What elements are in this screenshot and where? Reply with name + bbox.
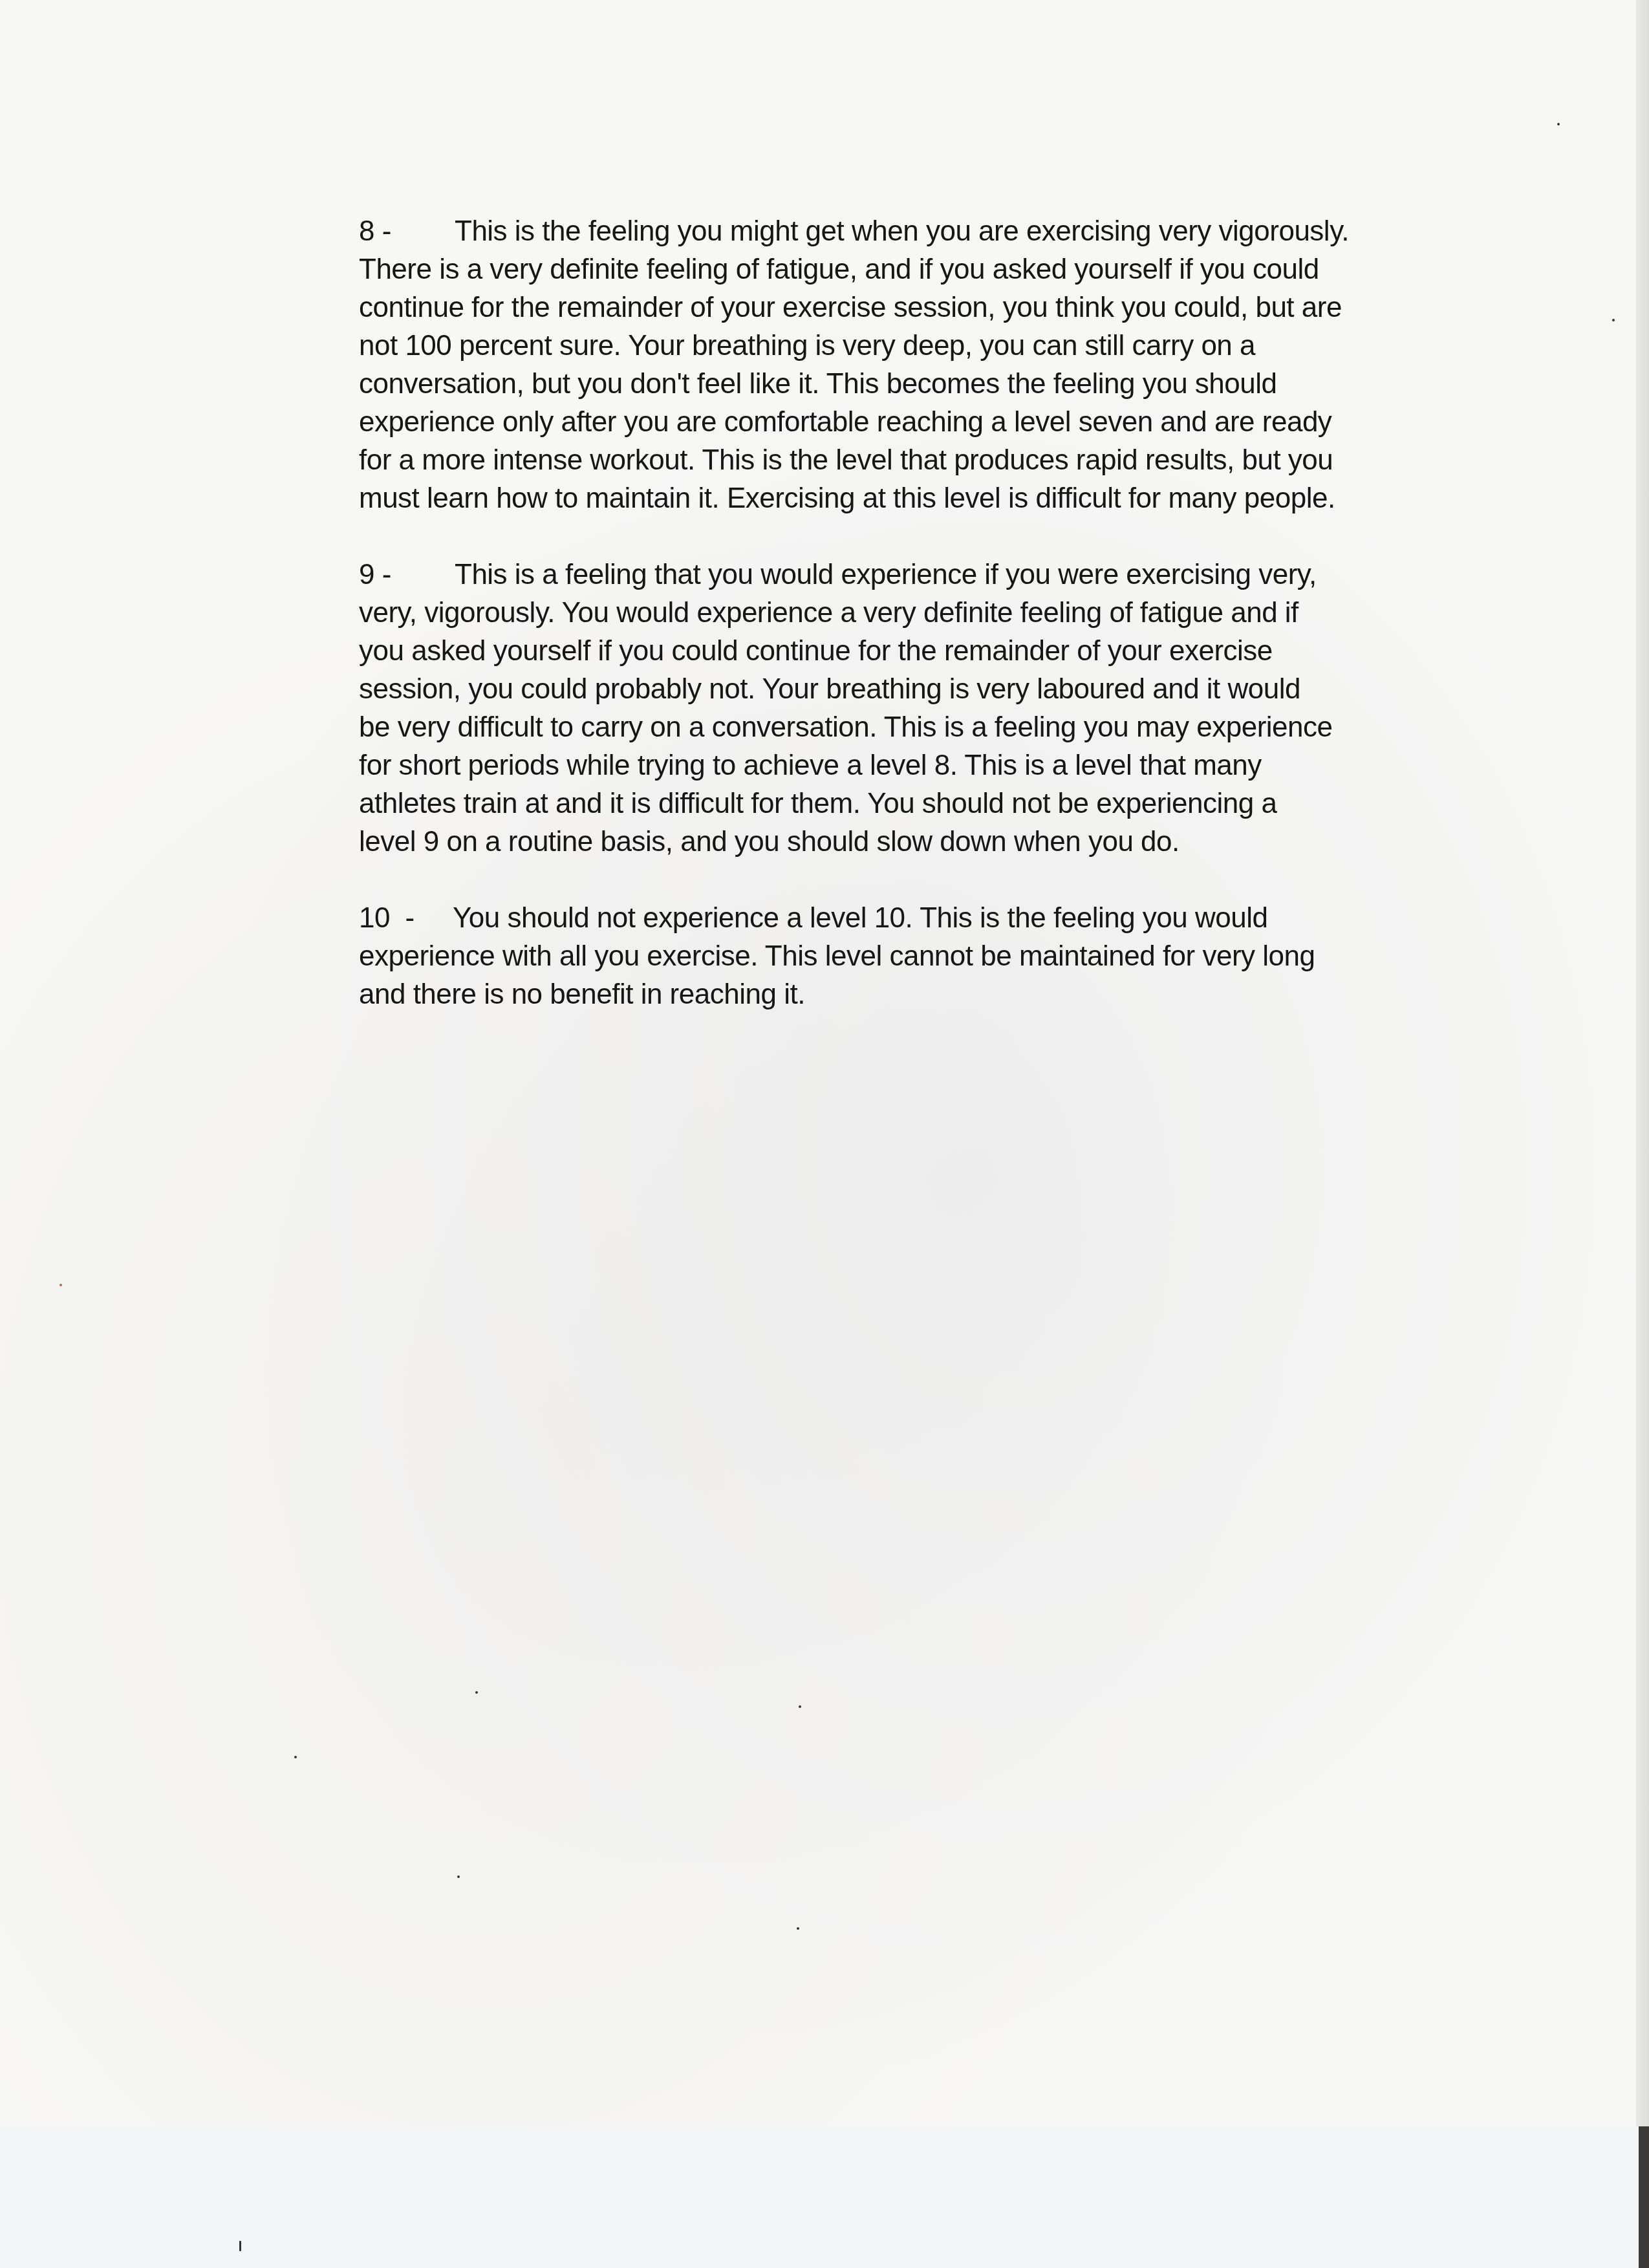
scan-speck: [799, 1705, 801, 1708]
text-line: session, you could probably not. Your br…: [359, 670, 1516, 708]
text-line: and there is no benefit in reaching it.: [359, 975, 1516, 1013]
scan-speck: [239, 2241, 241, 2251]
scanner-bed-area: [0, 2126, 1649, 2268]
text-line: be very difficult to carry on a conversa…: [359, 708, 1516, 746]
text-line: for short periods while trying to achiev…: [359, 746, 1516, 784]
text-line: not 100 percent sure. Your breathing is …: [359, 327, 1516, 365]
text-line: athletes train at and it is difficult fo…: [359, 784, 1516, 823]
text-line: continue for the remainder of your exerc…: [359, 288, 1516, 327]
scan-speck: [475, 1691, 478, 1694]
scan-speck: [1612, 319, 1615, 321]
scan-speck: [457, 1875, 460, 1878]
text-line: level 9 on a routine basis, and you shou…: [359, 823, 1516, 861]
paragraph-level-10: 10 -You should not experience a level 10…: [359, 899, 1516, 1013]
text-line: experience with all you exercise. This l…: [359, 937, 1516, 975]
text-line: conversation, but you don't feel like it…: [359, 365, 1516, 403]
text-line: There is a very definite feeling of fati…: [359, 250, 1516, 288]
scan-speck: [797, 1927, 799, 1930]
scanner-edge-strip: [1639, 2126, 1649, 2268]
scan-speck: [1557, 123, 1560, 125]
text-line: 9 -This is a feeling that you would expe…: [359, 556, 1516, 594]
page-edge-shadow: [1636, 0, 1649, 2126]
paragraph-number: 10 -: [359, 899, 453, 937]
text-line: must learn how to maintain it. Exercisin…: [359, 479, 1516, 517]
document-body: 8 -This is the feeling you might get whe…: [359, 212, 1516, 1052]
text-line: for a more intense workout. This is the …: [359, 441, 1516, 479]
paragraph-level-8: 8 -This is the feeling you might get whe…: [359, 212, 1516, 517]
paragraph-level-9: 9 -This is a feeling that you would expe…: [359, 556, 1516, 861]
scan-speck: [294, 1756, 297, 1758]
text-line: 8 -This is the feeling you might get whe…: [359, 212, 1516, 250]
text-line: experience only after you are comfortabl…: [359, 403, 1516, 441]
text-line: very, vigorously. You would experience a…: [359, 594, 1516, 632]
paragraph-number: 8 -: [359, 212, 455, 250]
text-line: 10 -You should not experience a level 10…: [359, 899, 1516, 937]
text-line: you asked yourself if you could continue…: [359, 632, 1516, 670]
scan-speck: [59, 1284, 62, 1286]
paragraph-number: 9 -: [359, 556, 455, 594]
